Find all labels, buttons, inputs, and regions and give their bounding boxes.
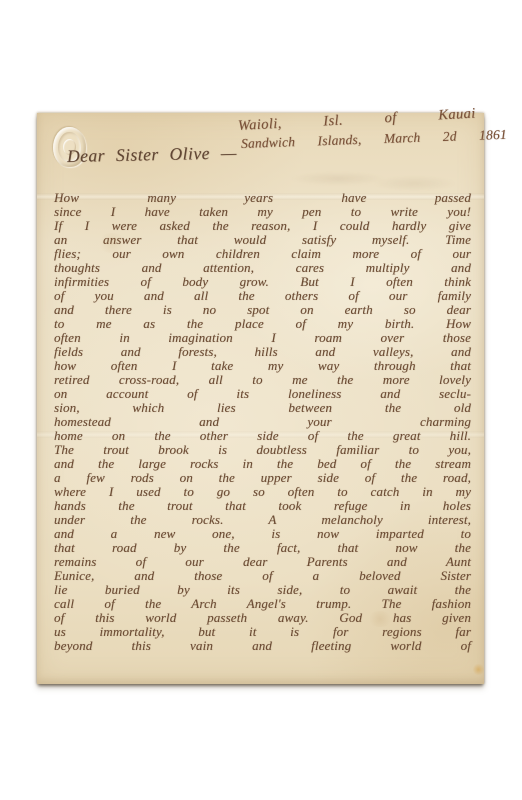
letter-body-line: fields and forests, hills and valleys, a… (54, 345, 471, 359)
letter-body-line: of this world passeth away. God has give… (54, 611, 471, 625)
letter-body-line: since I have taken my pen to write you! (54, 205, 471, 219)
letter-body-line: us immortality, but it is for regions fa… (54, 625, 471, 639)
letter-body-line: call of the Arch Angel's trump. The fash… (54, 597, 471, 611)
letter-body-line: sion, which lies between the old (54, 401, 471, 415)
letter-body-line: retired cross-road, all to me the more l… (54, 373, 471, 387)
letter-body-line: how often I take my way through that (54, 359, 471, 373)
letter-body-line: thoughts and attention, cares multiply a… (54, 261, 471, 275)
letter-body-line: The trout brook is doubtless familiar to… (54, 443, 471, 457)
letter-body-line: If I were asked the reason, I could hard… (54, 219, 471, 233)
letter-body: How many years have passed since I have … (54, 191, 471, 653)
letter-body-line: of you and all the others of our family (54, 289, 471, 303)
letter-body-line: to me as the place of my birth. How (54, 317, 471, 331)
letter-body-line: lie buried by its side, to await the (54, 583, 471, 597)
letter-body-line: How many years have passed (54, 191, 471, 205)
letter-body-line: home on the other side of the great hill… (54, 429, 471, 443)
letter-body-line: often in imagination I roam over those (54, 331, 471, 345)
letter-body-line: homestead and your charming (54, 415, 471, 429)
letter-body-line: where I used to go so often to catch in … (54, 485, 471, 499)
paper-stain (473, 663, 484, 676)
letter-body-line: hands the trout that took refuge in hole… (54, 499, 471, 513)
letter-body-line: an answer that would satisfy myself. Tim… (54, 233, 471, 247)
letter-body-line: on account of its loneliness and seclu- (54, 387, 471, 401)
letter-body-line: beyond this vain and fleeting world of (54, 639, 471, 653)
letter-scan-canvas: Waioli, Isl. of Kauai Sandwich Islands, … (0, 0, 522, 800)
letter-body-line: flies; our own children claim more of ou… (54, 247, 471, 261)
letter-body-line: under the rocks. A melancholy interest, (54, 513, 471, 527)
letter-body-line: and there is no spot on earth so dear (54, 303, 471, 317)
letter-body-line: Eunice, and those of a beloved Sister (54, 569, 471, 583)
letter-body-line: and the large rocks in the bed of the st… (54, 457, 471, 471)
letter-salutation: Dear Sister Olive — (67, 142, 279, 167)
letter-page: Waioli, Isl. of Kauai Sandwich Islands, … (37, 113, 484, 684)
letter-body-line: a few rods on the upper side of the road… (54, 471, 471, 485)
letter-body-line: infirmities of body grow. But I often th… (54, 275, 471, 289)
letter-body-line: remains of our dear Parents and Aunt (54, 555, 471, 569)
letter-body-line: that road by the fact, that now the (54, 541, 471, 555)
letter-body-line: and a new one, is now imparted to (54, 527, 471, 541)
